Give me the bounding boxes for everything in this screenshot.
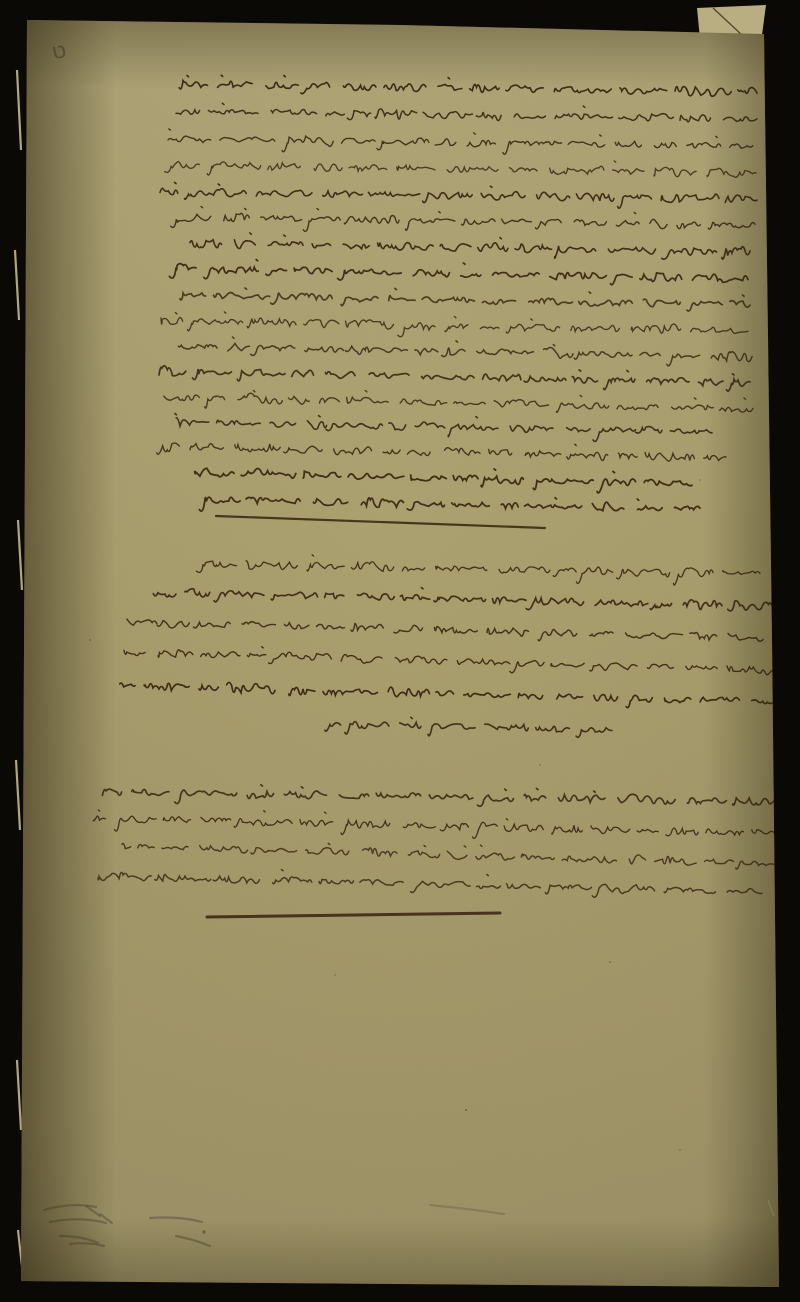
manuscript-scan-viewport: ט [0, 0, 800, 1302]
manuscript-page-svg: ט [0, 0, 800, 1302]
scan-vignette [0, 0, 800, 1302]
